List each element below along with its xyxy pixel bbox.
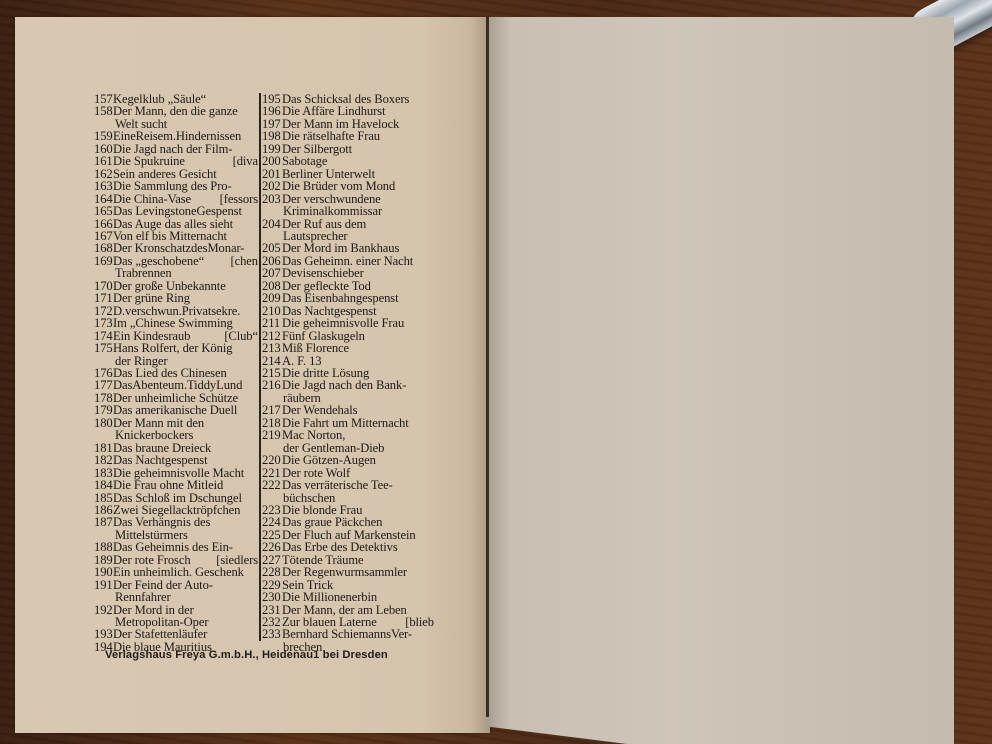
- item-title-continuation: Kriminalkommissar: [262, 205, 434, 217]
- item-title: Das Geheimnis des Ein-: [113, 541, 258, 553]
- list-item: 200Sabotage: [262, 155, 434, 167]
- item-number: 202: [262, 180, 282, 192]
- item-title: Sabotage: [282, 155, 434, 167]
- item-title: Das verräterische Tee-: [282, 479, 434, 491]
- item-number: 184: [94, 479, 113, 491]
- item-title-continuation: Trabrennen: [94, 267, 258, 279]
- item-title: Die Jagd nach den Bank-: [282, 379, 434, 391]
- right-page-blank: [487, 17, 954, 744]
- item-number: 200: [262, 155, 282, 167]
- item-title: Der grüne Ring: [113, 292, 258, 304]
- item-title: Die Frau ohne Mitleid: [113, 479, 258, 491]
- item-number: 192: [94, 604, 113, 616]
- item-number: 198: [262, 130, 282, 142]
- item-title: Miß Florence: [282, 342, 434, 354]
- item-number: 233: [262, 628, 282, 640]
- item-number: 179: [94, 404, 113, 416]
- item-number: 163: [94, 180, 113, 192]
- item-number: 213: [262, 342, 282, 354]
- item-number: 226: [262, 541, 282, 553]
- list-item: 187Das Verhängnis des: [94, 516, 258, 528]
- item-title: Der Regenwurmsammler: [282, 566, 434, 578]
- item-title: Das Eisenbahngespenst: [282, 292, 434, 304]
- item-number: 228: [262, 566, 282, 578]
- item-number: 169: [94, 255, 113, 267]
- item-number: 171: [94, 292, 113, 304]
- list-item: 184Die Frau ohne Mitleid: [94, 479, 258, 491]
- item-title: Die Spukruine[diva: [113, 155, 258, 167]
- item-title-continuation: Rennfahrer: [94, 591, 258, 603]
- item-title: Die Millionenerbin: [282, 591, 434, 603]
- list-item: 211Die geheimnisvolle Frau: [262, 317, 434, 329]
- list-item: 224Das graue Päckchen: [262, 516, 434, 528]
- item-number: 158: [94, 105, 113, 117]
- list-item: 177DasAbenteum.TiddyLund: [94, 379, 258, 391]
- item-number: 207: [262, 267, 282, 279]
- item-title: Das amerikanische Duell: [113, 404, 258, 416]
- item-number: 204: [262, 218, 282, 230]
- item-number: 219: [262, 429, 282, 441]
- book-gutter: [486, 17, 489, 717]
- list-item: 213Miß Florence: [262, 342, 434, 354]
- list-item: 202Die Brüder vom Mond: [262, 180, 434, 192]
- column-divider: [259, 93, 261, 641]
- list-item: 188Das Geheimnis des Ein-: [94, 541, 258, 553]
- item-title: Das Erbe des Detektivs: [282, 541, 434, 553]
- item-number: 175: [94, 342, 113, 354]
- item-number: 209: [262, 292, 282, 304]
- title-list-column-b: 195Das Schicksal des Boxers196Die Affäre…: [262, 93, 434, 653]
- list-item: 209Das Eisenbahngespenst: [262, 292, 434, 304]
- item-title: Die Götzen-Augen: [282, 454, 434, 466]
- item-title: Die Sammlung des Pro-: [113, 180, 258, 192]
- item-title: Das graue Päckchen: [282, 516, 434, 528]
- item-number: 224: [262, 516, 282, 528]
- list-item: 217Der Wendehals: [262, 404, 434, 416]
- item-title: Die geheimnisvolle Frau: [282, 317, 434, 329]
- list-item: 219Mac Norton,: [262, 429, 434, 441]
- item-number: 217: [262, 404, 282, 416]
- item-number: 203: [262, 193, 282, 205]
- item-number: 187: [94, 516, 113, 528]
- item-title: Das LevingstoneGespenst: [113, 205, 258, 217]
- item-number: 216: [262, 379, 282, 391]
- item-title-continuation: Knickerbockers: [94, 429, 258, 441]
- item-number: 177: [94, 379, 113, 391]
- list-item: 198Die rätselhafte Frau: [262, 130, 434, 142]
- item-number: 190: [94, 566, 113, 578]
- item-title: Die rätselhafte Frau: [282, 130, 434, 142]
- carryover-fragment: [diva: [233, 155, 258, 167]
- list-item: 190Ein unheimlich. Geschenk: [94, 566, 258, 578]
- list-item: 226Das Erbe des Detektivs: [262, 541, 434, 553]
- item-title: Die Brüder vom Mond: [282, 180, 434, 192]
- item-title: Hans Rolfert, der König: [113, 342, 258, 354]
- list-item: 161Die Spukruine[diva: [94, 155, 258, 167]
- list-item: 182Das Nachtgespenst: [94, 454, 258, 466]
- list-item: 222Das verräterische Tee-: [262, 479, 434, 491]
- list-item: 220Die Götzen-Augen: [262, 454, 434, 466]
- item-number: 180: [94, 417, 113, 429]
- list-item: 207Devisenschieber: [262, 267, 434, 279]
- item-title: Mac Norton,: [282, 429, 434, 441]
- item-number: 220: [262, 454, 282, 466]
- item-number: 188: [94, 541, 113, 553]
- list-item: 175Hans Rolfert, der König: [94, 342, 258, 354]
- item-title: Das Verhängnis des: [113, 516, 258, 528]
- list-item: 179Das amerikanische Duell: [94, 404, 258, 416]
- item-number: 182: [94, 454, 113, 466]
- carryover-fragment: [chen: [231, 255, 258, 267]
- item-title: EineReisem.Hindernissen: [113, 130, 258, 142]
- list-item: 165Das LevingstoneGespenst: [94, 205, 258, 217]
- item-number: 161: [94, 155, 113, 167]
- item-title: Ein unheimlich. Geschenk: [113, 566, 258, 578]
- item-number: 222: [262, 479, 282, 491]
- item-number: 211: [262, 317, 282, 329]
- item-number: 165: [94, 205, 113, 217]
- item-title: Im „Chinese Swimming: [113, 317, 258, 329]
- item-title: DasAbenteum.TiddyLund: [113, 379, 258, 391]
- list-item: 230Die Millionenerbin: [262, 591, 434, 603]
- list-item: 228Der Regenwurmsammler: [262, 566, 434, 578]
- item-number: 191: [94, 579, 113, 591]
- item-title: Devisenschieber: [282, 267, 434, 279]
- list-item: 159EineReisem.Hindernissen: [94, 130, 258, 142]
- item-title: Das Nachtgespenst: [113, 454, 258, 466]
- item-number: 173: [94, 317, 113, 329]
- list-item: 163Die Sammlung des Pro-: [94, 180, 258, 192]
- list-item: 173Im „Chinese Swimming: [94, 317, 258, 329]
- item-number: 230: [262, 591, 282, 603]
- item-title: Der Wendehals: [282, 404, 434, 416]
- list-item: 171Der grüne Ring: [94, 292, 258, 304]
- title-list-column-a: 157Kegelklub „Säule“158Der Mann, den die…: [94, 93, 258, 653]
- list-item: 216Die Jagd nach den Bank-: [262, 379, 434, 391]
- publisher-footer: Verlagshaus Freya G.m.b.H., Heidenau1 be…: [105, 649, 435, 661]
- item-number: 159: [94, 130, 113, 142]
